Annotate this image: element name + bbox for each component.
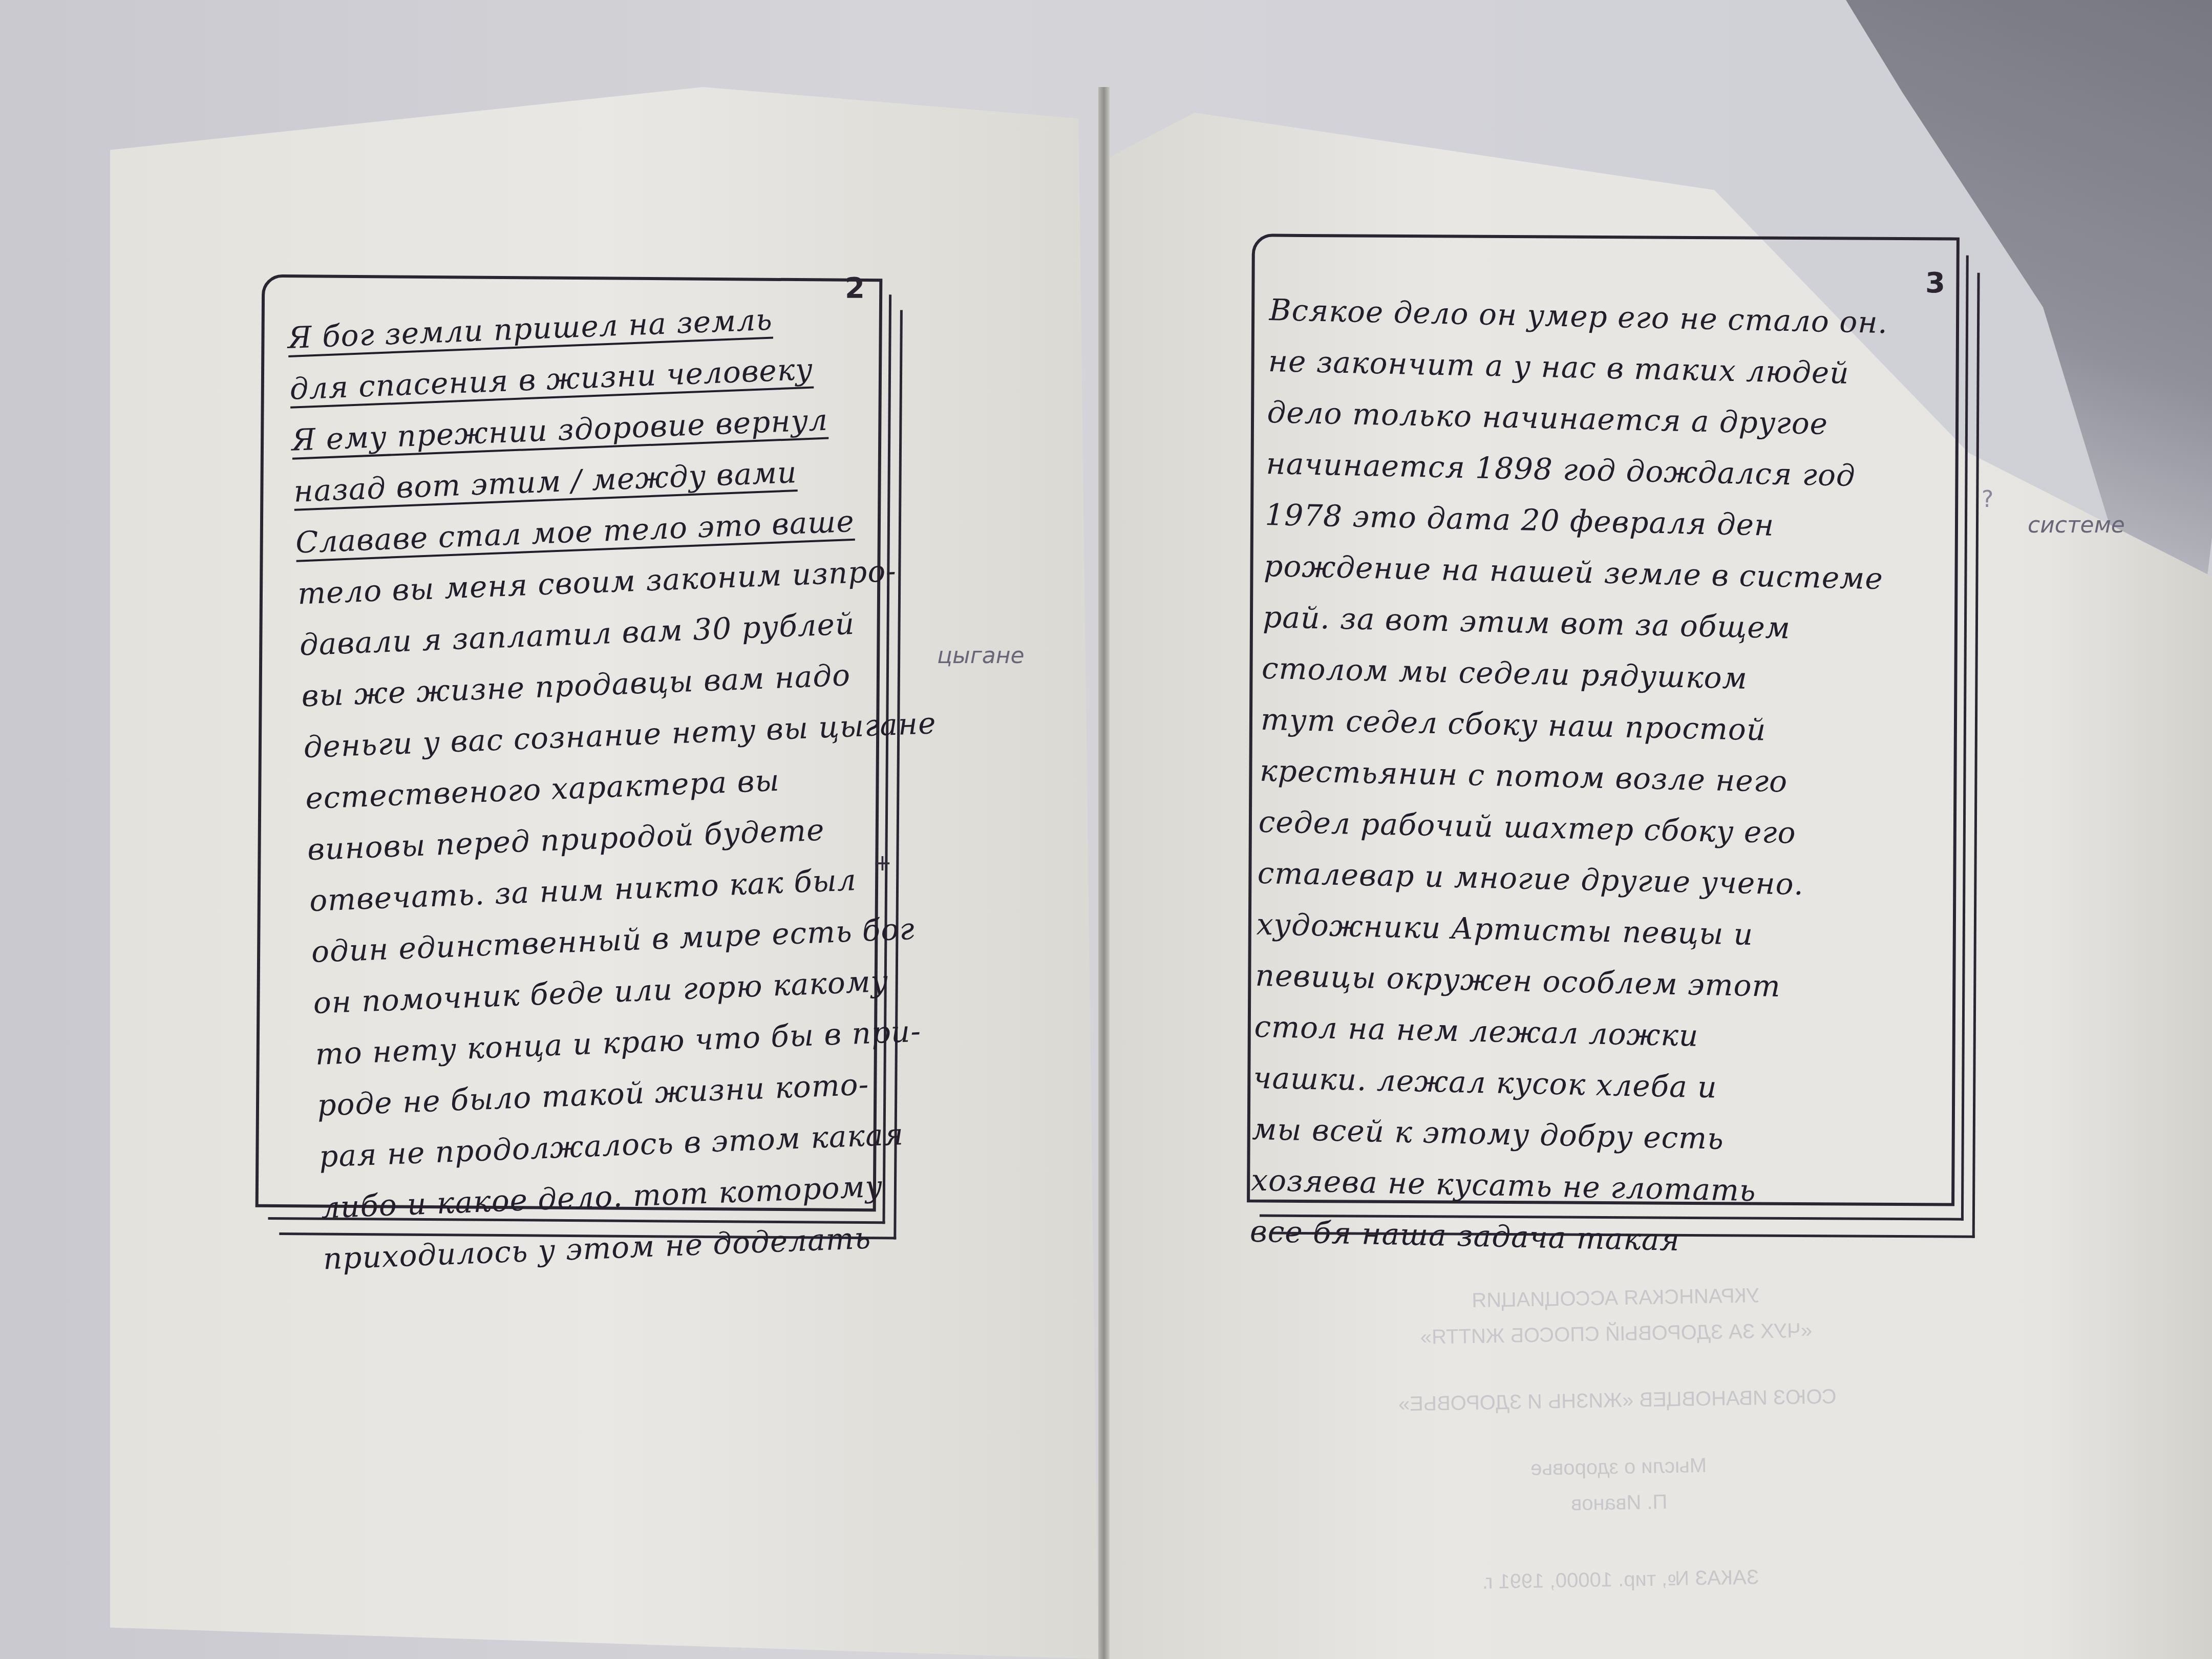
plus-mark: +: [873, 850, 892, 876]
left-page-text: Я бог земли пришел на земль для спасения…: [287, 290, 912, 1285]
right-page-text: Всякое дело он умер его не стало он. не …: [1249, 284, 1950, 1271]
bleed-through-print: УКРАИНСКАЯ АССОЦИАЦИЯ «ЧУХ ЗА ЗДОРОВЫЙ С…: [1359, 1275, 1877, 1602]
question-mark: ?: [1982, 486, 1993, 513]
book-spine-gutter: [1098, 87, 1110, 1659]
page-number: 3: [1925, 266, 1945, 300]
bleed-line: СОЮЗ ИВАНОВЦЕВ «ЖИЗНЬ И ЗДОРОВЬЕ»: [1361, 1378, 1874, 1422]
margin-note-pencil: системе: [2028, 512, 2125, 538]
margin-note-pencil: цыгане: [937, 643, 1025, 669]
